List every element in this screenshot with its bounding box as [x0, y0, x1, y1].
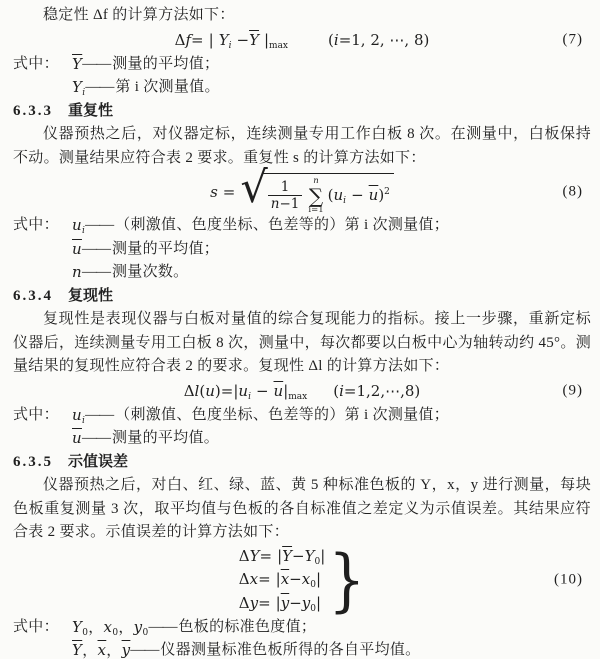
where-list-10: 式中： Y0，x0，y0 —— 色板的标准色度值； Y，x，y —— 仪器测量标… [13, 616, 591, 659]
definition-dash: —— [85, 404, 113, 428]
delta-symbol: Δ [175, 31, 186, 49]
definition-dash: —— [148, 616, 176, 640]
summation-lower-limit: i=1 [308, 206, 323, 215]
section-heading-6-3-5: 6.3.5示值误差 [13, 451, 591, 475]
delta-symbol: Δ [184, 382, 195, 400]
equation-8-body: s= √ 1 n−1 n ∑ i=1 (ui−u)2 [210, 170, 394, 214]
definition-text: 测量次数。 [112, 261, 591, 285]
symbol-u-i: ui [72, 214, 85, 238]
definition-text: （刺激值、色度坐标、色差等的）第 i 次测量值； [115, 404, 591, 428]
definition-dash: —— [82, 53, 110, 77]
where-label: 式中： [13, 404, 72, 428]
definition-dash: —— [130, 639, 158, 659]
where-row: 式中： Y0，x0，y0 —— 色板的标准色度值； [13, 616, 591, 640]
equation-7-body: Δf=|Yi−Y|max(i=1, 2, ⋯, 8) [175, 29, 430, 52]
heading-number: 6.3.5 [13, 454, 53, 470]
minus-sign: − [351, 186, 364, 204]
comma: ， [88, 618, 103, 636]
symbol-Y-i: Yi [72, 76, 85, 100]
superscript-2: 2 [384, 187, 390, 197]
where-indent-spacer [13, 639, 72, 659]
equation-7-number: (7) [563, 29, 584, 52]
variable-y0: y [302, 594, 310, 612]
variable-u: u [334, 186, 344, 204]
equation-10-row-y: Δy=|y−y0| [239, 592, 321, 616]
fraction-denominator: n−1 [268, 195, 303, 212]
definition-dash: —— [85, 214, 113, 238]
summand: (ui−u)2 [328, 184, 390, 207]
symbol-u-bar: u [72, 238, 82, 262]
heading-title: 复现性 [68, 288, 113, 304]
variable-Y-bar: Y [249, 31, 259, 49]
where-row: n —— 测量次数。 [13, 261, 591, 285]
equation-10-row-Y: ΔY=|Y−Y0| [239, 545, 326, 569]
variable-u-bar: u [369, 186, 379, 204]
definition-text: 测量的平均值； [112, 53, 591, 77]
abs-bar-right: | [320, 547, 325, 565]
where-label: 式中： [13, 53, 72, 77]
delta-symbol: Δ [239, 594, 250, 612]
where-row: 式中： ui —— （刺激值、色度坐标、色差等的）第 i 次测量值； [13, 214, 591, 238]
delta-symbol: Δ [239, 570, 250, 588]
variable-x0: x [302, 570, 310, 588]
symbol-u-i: ui [72, 404, 85, 428]
where-row: 式中： Y —— 测量的平均值； [13, 53, 591, 77]
indication-error-paragraph: 仪器预热之后，对白、红、绿、蓝、黄 5 种标准色板的 Y，x，y 进行测量，每块… [13, 474, 591, 545]
variable-u: u [238, 382, 248, 400]
definition-dash: —— [82, 427, 110, 451]
subscript-i: i [229, 41, 232, 51]
where-list-9: 式中： ui —— （刺激值、色度坐标、色差等的）第 i 次测量值； u —— … [13, 404, 591, 451]
variable-x: x [250, 570, 258, 588]
fraction-numerator: 1 [279, 179, 292, 195]
variable-y-bar: y [281, 594, 289, 612]
where-row: Yi —— 第 i 次测量值。 [13, 76, 591, 100]
where-indent-spacer [13, 261, 72, 285]
definition-dash: —— [85, 76, 113, 100]
definition-text: 测量的平均值； [112, 238, 591, 262]
minus-sign: − [256, 382, 269, 400]
abs-bar-right: | [316, 570, 321, 588]
symbols-Ybar-xbar-ybar: Y，x，y [72, 639, 130, 659]
comma: ， [118, 618, 133, 636]
abs-bar-right: | [316, 594, 321, 612]
condition-rest: =1,2,⋯,8) [344, 382, 420, 400]
where-label: 式中： [13, 616, 72, 640]
heading-number: 6.3.3 [13, 103, 53, 119]
definition-text: （刺激值、色度坐标、色差等的）第 i 次测量值； [115, 214, 591, 238]
equals-sign: = [223, 181, 236, 204]
equation-9-body: Δl(u)=|ui−u|max(i=1,2,⋯,8) [184, 380, 421, 403]
where-row: u —— 测量的平均值； [13, 238, 591, 262]
symbols-Y0-x0-y0: Y0，x0，y0 [72, 616, 148, 640]
equation-9: Δl(u)=|ui−u|max(i=1,2,⋯,8) (9) [13, 379, 591, 404]
equation-8: s= √ 1 n−1 n ∑ i=1 (ui−u)2 (8) [13, 170, 591, 214]
document-page: 稳定性 Δf 的计算方法如下： Δf=|Yi−Y|max(i=1, 2, ⋯, … [0, 0, 600, 659]
where-indent-spacer [13, 427, 72, 451]
variable-Y-bar: Y [282, 547, 292, 565]
equation-10: ΔY=|Y−Y0| Δx=|x−x0| Δy=|y−y0| } (10) [13, 545, 591, 616]
where-list-8: 式中： ui —— （刺激值、色度坐标、色差等的）第 i 次测量值； u —— … [13, 214, 591, 285]
comma: ， [82, 641, 97, 659]
equals-sign: = [221, 382, 234, 400]
variable-y: y [250, 594, 258, 612]
where-label: 式中： [13, 214, 72, 238]
minus-sign: − [236, 31, 249, 49]
where-indent-spacer [13, 76, 72, 100]
where-row: Y，x，y —— 仪器测量标准色板所得的各自平均值。 [13, 639, 591, 659]
section-heading-6-3-3: 6.3.3重复性 [13, 100, 591, 124]
equals-sign: = [191, 31, 204, 49]
equation-10-row-x: Δx=|x−x0| [239, 568, 321, 592]
radicand: 1 n−1 n ∑ i=1 (ui−u)2 [263, 173, 394, 214]
definition-text: 第 i 次测量值。 [115, 76, 591, 100]
where-row: 式中： ui —— （刺激值、色度坐标、色差等的）第 i 次测量值； [13, 404, 591, 428]
heading-title: 示值误差 [68, 454, 128, 470]
sigma-symbol: ∑ [309, 186, 323, 206]
argument-u: u [205, 382, 215, 400]
summation: n ∑ i=1 [308, 177, 323, 214]
abs-bar-left: | [209, 31, 214, 49]
equals-sign: = [258, 570, 271, 588]
square-root: √ 1 n−1 n ∑ i=1 (ui−u)2 [240, 170, 394, 214]
definition-dash: —— [82, 261, 110, 285]
definition-text: 仪器测量标准色板所得的各自平均值。 [160, 639, 591, 659]
stability-intro-paragraph: 稳定性 Δf 的计算方法如下： [13, 4, 591, 28]
comma: ， [106, 641, 121, 659]
subscript-i: i [343, 196, 346, 206]
variable-s: s [210, 181, 218, 204]
definition-text: 测量的平均值。 [112, 427, 591, 451]
symbol-Y-bar: Y [72, 53, 82, 77]
symbol-n: n [72, 261, 82, 285]
subscript-max: max [269, 41, 288, 51]
heading-number: 6.3.4 [13, 288, 53, 304]
section-heading-6-3-4: 6.3.4复现性 [13, 285, 591, 309]
symbol-u-bar: u [72, 427, 82, 451]
condition-rest: =1, 2, ⋯, 8) [339, 31, 430, 49]
where-row: u —— 测量的平均值。 [13, 427, 591, 451]
minus-sign: − [289, 594, 302, 612]
repeatability-paragraph: 仪器预热之后，对仪器定标，连续测量专用工作白板 8 次。在测量中，白板保持不动。… [13, 123, 591, 170]
equation-7: Δf=|Yi−Y|max(i=1, 2, ⋯, 8) (7) [13, 28, 591, 53]
subscript-i: i [248, 392, 251, 402]
variable-Y0: Y [305, 547, 315, 565]
heading-title: 重复性 [68, 103, 113, 119]
minus-sign: − [289, 570, 302, 588]
equation-10-rows: ΔY=|Y−Y0| Δx=|x−x0| Δy=|y−y0| [239, 545, 326, 616]
variable-x-bar: x [281, 570, 289, 588]
equation-9-number: (9) [563, 380, 584, 403]
where-list-7: 式中： Y —— 测量的平均值； Yi —— 第 i 次测量值。 [13, 53, 591, 100]
variable-Y: Y [250, 547, 260, 565]
equals-sign: = [260, 547, 273, 565]
equation-8-number: (8) [563, 181, 584, 204]
equals-sign: = [258, 594, 271, 612]
delta-symbol: Δ [239, 547, 250, 565]
subscript-max: max [288, 392, 307, 402]
reproducibility-paragraph: 复现性是表现仪器与白板对量值的综合复现能力的指标。接上一步骤，重新定标仪器后，连… [13, 308, 591, 379]
definition-dash: —— [82, 238, 110, 262]
variable-Y: Y [219, 31, 229, 49]
equation-10-number: (10) [554, 572, 583, 589]
fraction: 1 n−1 [268, 179, 303, 212]
minus-sign: − [292, 547, 305, 565]
variable-u-bar: u [274, 382, 284, 400]
where-indent-spacer [13, 238, 72, 262]
definition-text: 色板的标准色度值； [178, 616, 591, 640]
